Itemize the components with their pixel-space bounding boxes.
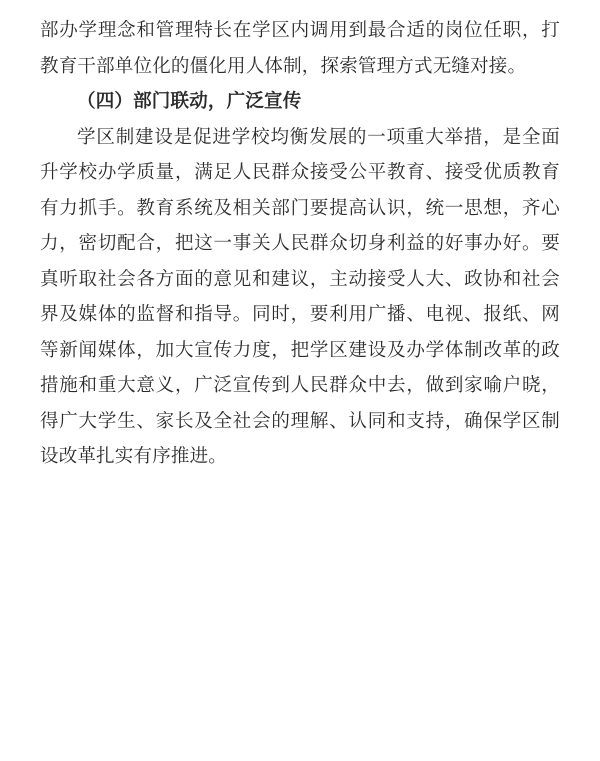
text-line: 措施和重大意义，广泛宣传到人民群众中去，做到家喻户晓，赢 (40, 369, 560, 405)
text-line: 得广大学生、家长及全社会的理解、认同和支持，确保学区制建 (40, 405, 560, 441)
text-line: 界及媒体的监督和指导。同时，要利用广播、电视、报纸、网络 (40, 298, 560, 334)
text-line: 有力抓手。教育系统及相关部门要提高认识，统一思想，齐心协 (40, 192, 560, 228)
text-line: 学区制建设是促进学校均衡发展的一项重大举措，是全面提 (40, 121, 560, 157)
text-line: 教育干部单位化的僵化用人体制，探索管理方式无缝对接。 (40, 50, 560, 86)
text-line: 等新闻媒体，加大宣传力度，把学区建设及办学体制改革的政策 (40, 334, 560, 370)
text-line: 升学校办学质量，满足人民群众接受公平教育、接受优质教育的 (40, 156, 560, 192)
text-line: 部办学理念和管理特长在学区内调用到最合适的岗位任职，打破 (40, 14, 560, 50)
text-line: 设改革扎实有序推进。 (40, 440, 560, 476)
section-heading: （四）部门联动，广泛宣传 (40, 85, 560, 121)
text-line: 力，密切配合，把这一事关人民群众切身利益的好事办好。要认 (40, 227, 560, 263)
document-page: 部办学理念和管理特长在学区内调用到最合适的岗位任职，打破 教育干部单位化的僵化用… (0, 0, 600, 761)
text-line: 真听取社会各方面的意见和建议，主动接受人大、政协和社会各 (40, 263, 560, 299)
